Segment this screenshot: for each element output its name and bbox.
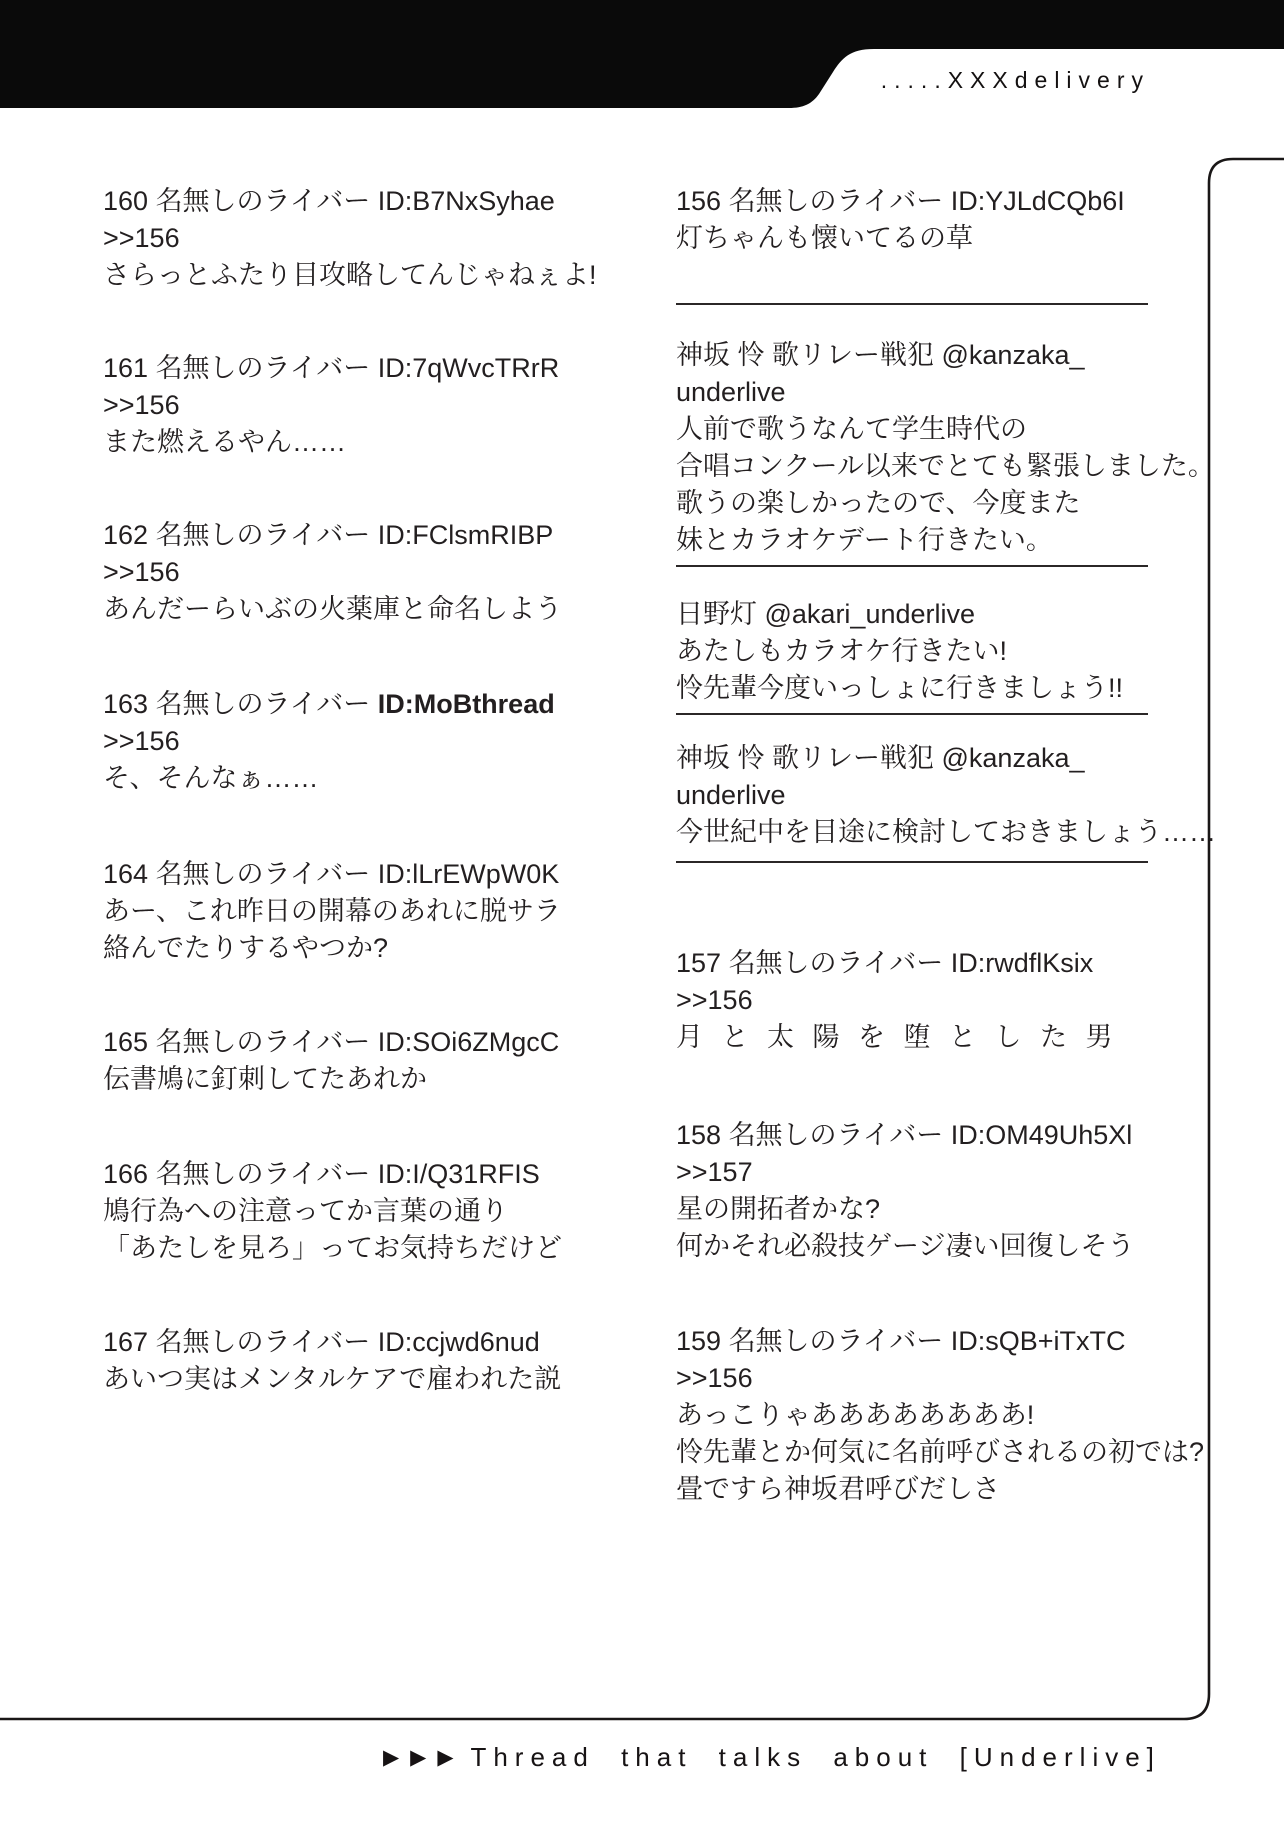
play-icons: ▶▶▶ [383, 1747, 464, 1769]
post-line: 星の開拓者かな? [676, 1191, 1134, 1228]
page-footer: ▶▶▶ Thread that talks about [Underlive] [383, 1742, 1161, 1773]
tweet-line: 怜先輩今度いっしょに行きましょう!! [676, 670, 1123, 707]
post-line: 畳ですら神坂君呼びだしさ [676, 1471, 1204, 1508]
footer-caption: Thread that talks about [Underlive] [470, 1742, 1160, 1773]
post-quote: >>156 [676, 1360, 1204, 1397]
post-header: 159 名無しのライバー ID:sQB+iTxTC [676, 1323, 1204, 1360]
post-quote: >>157 [676, 1154, 1134, 1191]
post-line: 何かそれ必殺技ゲージ凄い回復しそう [676, 1228, 1134, 1265]
arrow-icon: ▶ [383, 1746, 399, 1769]
post-number: 157 [676, 948, 729, 978]
tweet-author: 日野灯 @akari_underlive [676, 596, 1123, 633]
post-line: 月 と 太 陽 を 堕 と し た 男 [676, 1019, 1113, 1056]
post: 159 名無しのライバー ID:sQB+iTxTC>>156あっこりゃあああああ… [676, 1323, 1204, 1508]
tweet-line: 人前で歌うなんて学生時代の [676, 411, 1215, 448]
post: 157 名無しのライバー ID:rwdflKsix>>156月 と 太 陽 を … [676, 945, 1113, 1056]
tweet: 日野灯 @akari_underliveあたしもカラオケ行きたい!怜先輩今度いっ… [676, 596, 1123, 707]
tweet-line: underlive [676, 374, 1215, 411]
post-number: 158 [676, 1120, 729, 1150]
tweet-divider [676, 565, 1148, 567]
poster-id: ID:sQB+iTxTC [951, 1326, 1126, 1356]
poster-name: 名無しのライバー [729, 186, 951, 216]
tweet-line: 歌うの楽しかったので、今度また [676, 485, 1215, 522]
post-header: 156 名無しのライバー ID:YJLdCQb6I [676, 183, 1125, 220]
post-number: 159 [676, 1326, 729, 1356]
tweet-line: 妹とカラオケデート行きたい。 [676, 522, 1215, 559]
tweet: 神坂 怜 歌リレー戦犯 @kanzaka_underlive人前で歌うなんて学生… [676, 337, 1215, 559]
tweet-line: underlive [676, 777, 1216, 814]
post-header: 157 名無しのライバー ID:rwdflKsix [676, 945, 1113, 982]
poster-name: 名無しのライバー [729, 948, 951, 978]
tweet-line: あたしもカラオケ行きたい! [676, 633, 1123, 670]
tweet-line: 今世紀中を目途に検討しておきましょう…… [676, 814, 1216, 851]
tweet-divider [676, 713, 1148, 715]
tweet: 神坂 怜 歌リレー戦犯 @kanzaka_underlive今世紀中を目途に検討… [676, 740, 1216, 851]
tweet-line: 合唱コンクール以来でとても緊張しました。 [676, 448, 1215, 485]
post-number: 156 [676, 186, 729, 216]
tweet-divider [676, 861, 1148, 863]
tweet-author: 神坂 怜 歌リレー戦犯 @kanzaka_ [676, 740, 1216, 777]
thread-column-right: 156 名無しのライバー ID:YJLdCQb6I灯ちゃんも懐いてるの草神坂 怜… [0, 0, 1284, 1826]
tweet-author: 神坂 怜 歌リレー戦犯 @kanzaka_ [676, 337, 1215, 374]
post-quote: >>156 [676, 982, 1113, 1019]
post-line: 怜先輩とか何気に名前呼びされるの初では? [676, 1434, 1204, 1471]
post: 156 名無しのライバー ID:YJLdCQb6I灯ちゃんも懐いてるの草 [676, 183, 1125, 257]
poster-name: 名無しのライバー [729, 1120, 951, 1150]
tweet-divider [676, 303, 1148, 305]
poster-id: ID:OM49Uh5Xl [951, 1120, 1133, 1150]
post-header: 158 名無しのライバー ID:OM49Uh5Xl [676, 1117, 1134, 1154]
arrow-icon: ▶ [437, 1746, 453, 1769]
post-line: あっこりゃああああああああ! [676, 1397, 1204, 1434]
post: 158 名無しのライバー ID:OM49Uh5Xl>>157星の開拓者かな?何か… [676, 1117, 1134, 1265]
poster-name: 名無しのライバー [729, 1326, 951, 1356]
poster-id: ID:rwdflKsix [951, 948, 1094, 978]
poster-id: ID:YJLdCQb6I [951, 186, 1125, 216]
arrow-icon: ▶ [410, 1746, 426, 1769]
post-line: 灯ちゃんも懐いてるの草 [676, 220, 1125, 257]
